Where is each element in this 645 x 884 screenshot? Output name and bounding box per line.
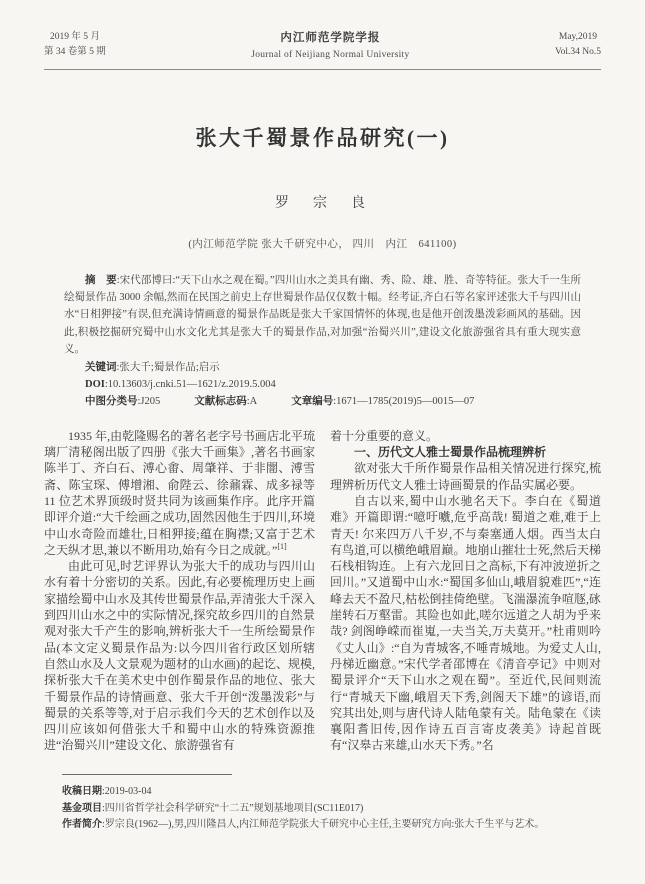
journal-page: 2019 年 5 月 第 34 卷第 5 期 内江师范学院学报 Journal … — [0, 0, 645, 884]
header-center: 内江师范学院学报 Journal of Neijiang Normal Univ… — [251, 30, 409, 63]
body-columns: 1935 年,由乾隆赐名的著名老字号书画店北平琉璃厂清秘阁出版了四册《张大千画集… — [44, 428, 601, 754]
paragraph-4: 自古以来,蜀中山水驰名天下。李白在《蜀道难》开篇即谓:“噫吁嚱,危乎高哉! 蜀道… — [330, 493, 601, 754]
right-column: 着十分重要的意义。 一、历代文人雅士蜀景作品梳理辨析 欲对张大千所作蜀景作品相关… — [330, 428, 601, 754]
paragraph-1: 1935 年,由乾隆赐名的著名老字号书画店北平琉璃厂清秘阁出版了四册《张大千画集… — [44, 428, 315, 558]
issue-no-cn: 第 34 卷第 5 期 — [44, 45, 106, 60]
fund-project: 基金项目:四川省哲学社会科学研究“十二五”规划基地项目(SC11E017) — [44, 801, 601, 818]
article-title: 张大千蜀景作品研究(一) — [44, 122, 601, 152]
doi-label: DOI — [85, 379, 105, 390]
left-column: 1935 年,由乾隆赐名的著名老字号书画店北平琉璃厂清秘阁出版了四册《张大千画集… — [44, 428, 315, 754]
header-rule — [44, 69, 601, 70]
article-id: 文章编号:1671—1785(2019)5—0015—07 — [291, 393, 474, 410]
clc-number: 中图分类号:J205 — [85, 393, 160, 410]
author-affiliation: (内江师范学院 张大千研究中心， 四川 内江 641100) — [44, 236, 601, 251]
abstract: 摘 要:宋代邵博曰:“天下山水之观在蜀。”四川山水之美具有幽、秀、险、雄、胜、奇… — [64, 272, 581, 359]
issue-date-en: May,2019 — [555, 30, 601, 45]
paragraph-3: 欲对张大千所作蜀景作品相关情况进行探究,梳理辨析历代文人雅士诗画蜀景的作品实属必… — [330, 460, 601, 493]
abstract-label: 摘 要 — [85, 275, 117, 286]
footnote-rule — [62, 774, 232, 775]
footnote-block: 收稿日期:2019-03-04 基金项目:四川省哲学社会科学研究“十二五”规划基… — [0, 770, 645, 884]
keywords-label: 关键词 — [85, 362, 117, 373]
journal-title-en: Journal of Neijiang Normal University — [251, 48, 409, 63]
header-right: May,2019 Vol.34 No.5 — [555, 30, 601, 59]
header-left: 2019 年 5 月 第 34 卷第 5 期 — [44, 30, 106, 59]
doi-text: :10.13603/j.cnki.51—1621/z.2019.5.004 — [105, 379, 276, 390]
document-code: 文献标志码:A — [194, 393, 257, 410]
abstract-text: :宋代邵博曰:“天下山水之观在蜀。”四川山水之美具有幽、秀、险、雄、胜、奇等特征… — [64, 275, 581, 356]
footnote-ref-1: [1] — [277, 542, 286, 551]
section-heading-1: 一、历代文人雅士蜀景作品梳理辨析 — [330, 444, 601, 460]
author-bio: 作者简介:罗宗良(1962—),男,四川隆昌人,内江师范学院张大千研究中心主任,… — [44, 817, 601, 834]
author-name: 罗 宗 良 — [44, 192, 601, 212]
classification-row: 中图分类号:J205 文献标志码:A 文章编号:1671—1785(2019)5… — [64, 393, 581, 410]
journal-header: 2019 年 5 月 第 34 卷第 5 期 内江师范学院学报 Journal … — [44, 30, 601, 63]
keywords-text: :张大千;蜀景作品;启示 — [117, 362, 220, 373]
issue-date-cn: 2019 年 5 月 — [44, 30, 106, 45]
paragraph-continuation: 着十分重要的意义。 — [330, 428, 601, 444]
doi-line: DOI:10.13603/j.cnki.51—1621/z.2019.5.004 — [64, 376, 581, 393]
issue-no-en: Vol.34 No.5 — [555, 45, 601, 60]
paragraph-2: 由此可见,时艺评界认为张大千的成功与四川山水有着十分密切的关系。因此,有必要梳理… — [44, 558, 315, 754]
received-date: 收稿日期:2019-03-04 — [44, 784, 601, 801]
abstract-block: 摘 要:宋代邵博曰:“天下山水之观在蜀。”四川山水之美具有幽、秀、险、雄、胜、奇… — [44, 272, 601, 411]
keywords: 关键词:张大千;蜀景作品;启示 — [64, 359, 581, 376]
journal-title-cn: 内江师范学院学报 — [251, 30, 409, 48]
